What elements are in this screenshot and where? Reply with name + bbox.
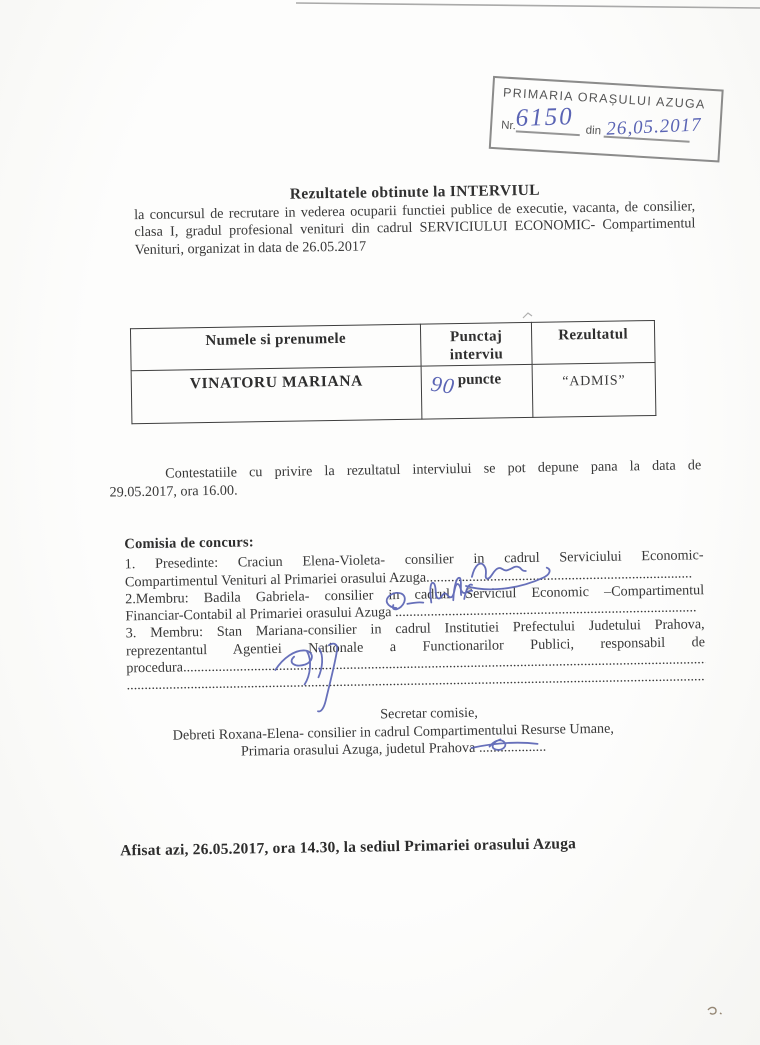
secretary-section: Secretar comisie, Debreti Roxana-Elena- … — [131, 702, 656, 763]
score-unit: puncte — [458, 371, 502, 389]
stamp-nr-label: Nr. — [501, 120, 516, 133]
contestation-paragraph: Contestatiile cu privire la rezultatul i… — [109, 457, 701, 501]
score-cell: 90 puncte — [421, 364, 533, 419]
stamp-date-handwritten: 26,05.2017 — [606, 114, 702, 140]
document-content: PRIMARIA ORAȘULUI AZUGA Nr. 6150 din 26,… — [0, 0, 760, 1045]
header-score: Punctaj interviu — [420, 322, 532, 366]
stamp-din-line: 26,05.2017 — [604, 134, 690, 143]
intro-paragraph: la concursul de recrutare in vederea ocu… — [134, 198, 696, 259]
commission-section: Comisia de concurs: 1. Presedinte: Craci… — [124, 527, 705, 695]
table-row: VINATORU MARIANA 90 puncte “ADMIS” — [131, 362, 656, 423]
stamp-number-row: Nr. 6150 din 26,05.2017 — [501, 120, 713, 145]
header-name: Numele si prenumele — [130, 324, 421, 371]
stamp-nr-line: 6150 — [515, 128, 579, 136]
score-handwritten: 90 — [429, 371, 456, 400]
posted-notice-line: Afisat azi, 26.05.2017, ora 14.30, la se… — [120, 833, 705, 860]
result-value: “ADMIS” — [532, 362, 656, 417]
stamp-din-label: din — [585, 125, 601, 138]
results-table-wrap: Numele si prenumele Punctaj interviu Rez… — [130, 320, 656, 424]
stamp-nr-handwritten: 6150 — [515, 103, 574, 133]
scanned-document-page: PRIMARIA ORAȘULUI AZUGA Nr. 6150 din 26,… — [0, 0, 760, 1045]
candidate-name: VINATORU MARIANA — [131, 366, 422, 424]
header-result: Rezultatul — [531, 320, 655, 364]
results-table: Numele si prenumele Punctaj interviu Rez… — [130, 320, 656, 424]
registration-stamp: PRIMARIA ORAȘULUI AZUGA Nr. 6150 din 26,… — [489, 76, 724, 163]
